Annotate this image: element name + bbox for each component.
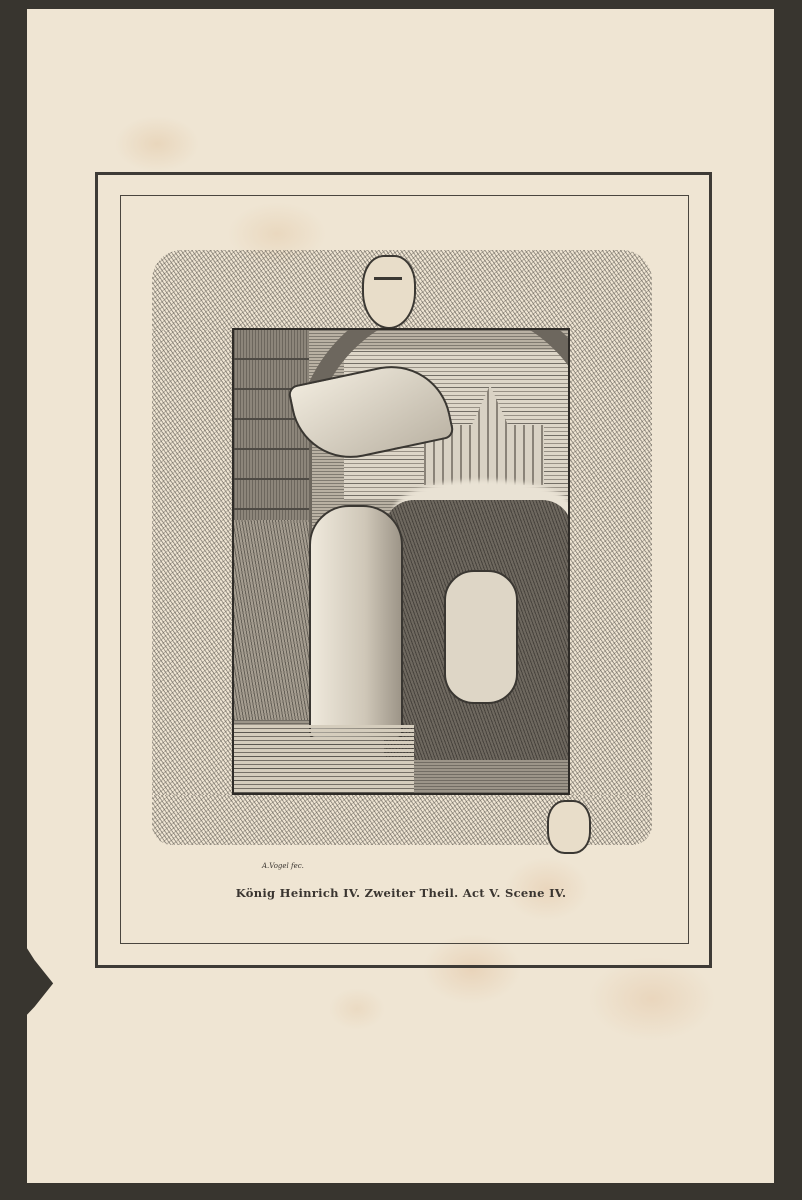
ornamental-border-right (570, 330, 652, 795)
engraver-signature: A.Vogel fec. (262, 862, 304, 870)
bearded-face-ornament (362, 255, 416, 329)
central-scene (232, 328, 570, 795)
soldiers-group (234, 520, 309, 720)
caption: König Heinrich IV. Zweiter Theil. Act V.… (0, 886, 802, 900)
mask-ornament (547, 800, 591, 854)
kneeling-figure (444, 570, 518, 704)
ornamental-border-left (152, 330, 232, 795)
engraving-illustration (152, 250, 652, 870)
stone-steps (234, 725, 414, 795)
king-figure (309, 505, 403, 739)
